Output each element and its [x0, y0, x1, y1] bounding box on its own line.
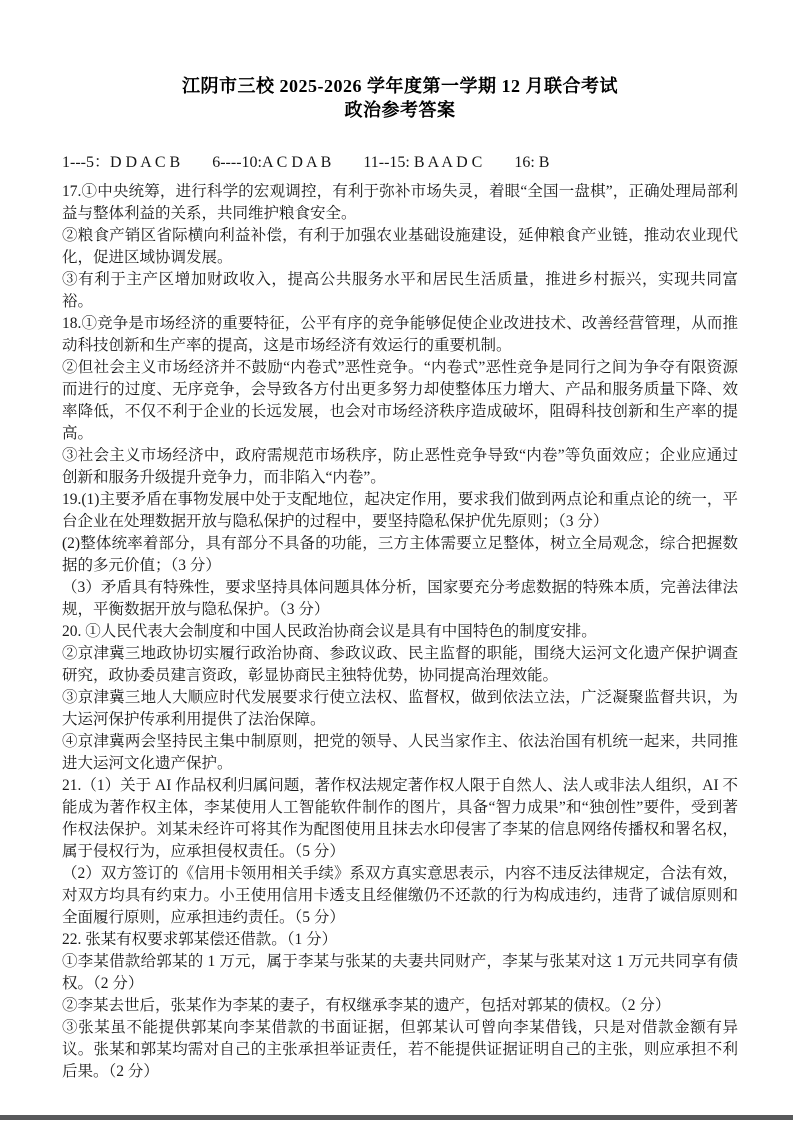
- q17-point-2: ②粮食产销区省际横向利益补偿，有利于加强农业基础设施建设，延伸粮食产业链，推动农…: [62, 225, 738, 269]
- document-page: 江阴市三校 2025-2026 学年度第一学期 12 月联合考试 政治参考答案 …: [0, 0, 793, 1122]
- document-content: 江阴市三校 2025-2026 学年度第一学期 12 月联合考试 政治参考答案 …: [62, 74, 738, 1083]
- q20-point-3: ③京津冀三地人大顺应时代发展要求行使立法权、监督权，做到依法立法，广泛凝聚监督共…: [62, 687, 738, 731]
- q20-point-1: 20. ①人民代表大会制度和中国人民政治协商会议是具有中国特色的制度安排。: [62, 621, 738, 643]
- q19-part-1: 19.(1)主要矛盾在事物发展中处于支配地位，起决定作用，要求我们做到两点论和重…: [62, 489, 738, 533]
- q20-point-2: ②京津冀三地政协切实履行政治协商、参政议政、民主监督的职能，围绕大运河文化遗产保…: [62, 643, 738, 687]
- q17-point-1: 17.①中央统筹，进行科学的宏观调控，有利于弥补市场失灵，着眼“全国一盘棋”，正…: [62, 181, 738, 225]
- q22-point-1: ①李某借款给郭某的 1 万元，属于李某与张某的夫妻共同财产，李某与张某对这 1 …: [62, 951, 738, 995]
- q22-point-2: ②李某去世后，张某作为李某的妻子，有权继承李某的遗产，包括对郭某的债权。（2 分…: [62, 995, 738, 1017]
- q17-point-3: ③有利于主产区增加财政收入，提高公共服务水平和居民生活质量，推进乡村振兴，实现共…: [62, 269, 738, 313]
- multiple-choice-answer-key: 1---5：D D A C B 6----10:A C D A B 11--15…: [62, 152, 738, 174]
- q21-part-2: （2）双方签订的《信用卡领用相关手续》系双方真实意思表示，内容不违反法律规定，合…: [62, 863, 738, 929]
- q18-point-1: 18.①竞争是市场经济的重要特征，公平有序的竞争能够促使企业改进技术、改善经营管…: [62, 313, 738, 357]
- q20-point-4: ④京津冀两会坚持民主集中制原则，把党的领导、人民当家作主、依法治国有机统一起来，…: [62, 731, 738, 775]
- page-bottom-border: [0, 1115, 793, 1120]
- q22-conclusion: 22. 张某有权要求郭某偿还借款。（1 分）: [62, 929, 738, 951]
- document-title: 江阴市三校 2025-2026 学年度第一学期 12 月联合考试 政治参考答案: [62, 74, 738, 122]
- q21-part-1: 21.（1）关于 AI 作品权利归属问题，著作权法规定著作权人限于自然人、法人或…: [62, 775, 738, 863]
- q19-part-3: （3）矛盾具有特殊性，要求坚持具体问题具体分析，国家要充分考虑数据的特殊本质，完…: [62, 577, 738, 621]
- q18-point-2: ②但社会主义市场经济并不鼓励“内卷式”恶性竞争。“内卷式”恶性竞争是同行之间为争…: [62, 357, 738, 445]
- q18-point-3: ③社会主义市场经济中，政府需规范市场秩序，防止恶性竞争导致“内卷”等负面效应；企…: [62, 445, 738, 489]
- title-line-1: 江阴市三校 2025-2026 学年度第一学期 12 月联合考试: [62, 74, 738, 98]
- q22-point-3: ③张某虽不能提供郭某向李某借款的书面证据，但郭某认可曾向李某借钱，只是对借款金额…: [62, 1017, 738, 1083]
- title-line-2: 政治参考答案: [62, 98, 738, 122]
- answer-body: 17.①中央统筹，进行科学的宏观调控，有利于弥补市场失灵，着眼“全国一盘棋”，正…: [62, 181, 738, 1083]
- q19-part-2: (2)整体统率着部分，具有部分不具备的功能，三方主体需要立足整体，树立全局观念，…: [62, 533, 738, 577]
